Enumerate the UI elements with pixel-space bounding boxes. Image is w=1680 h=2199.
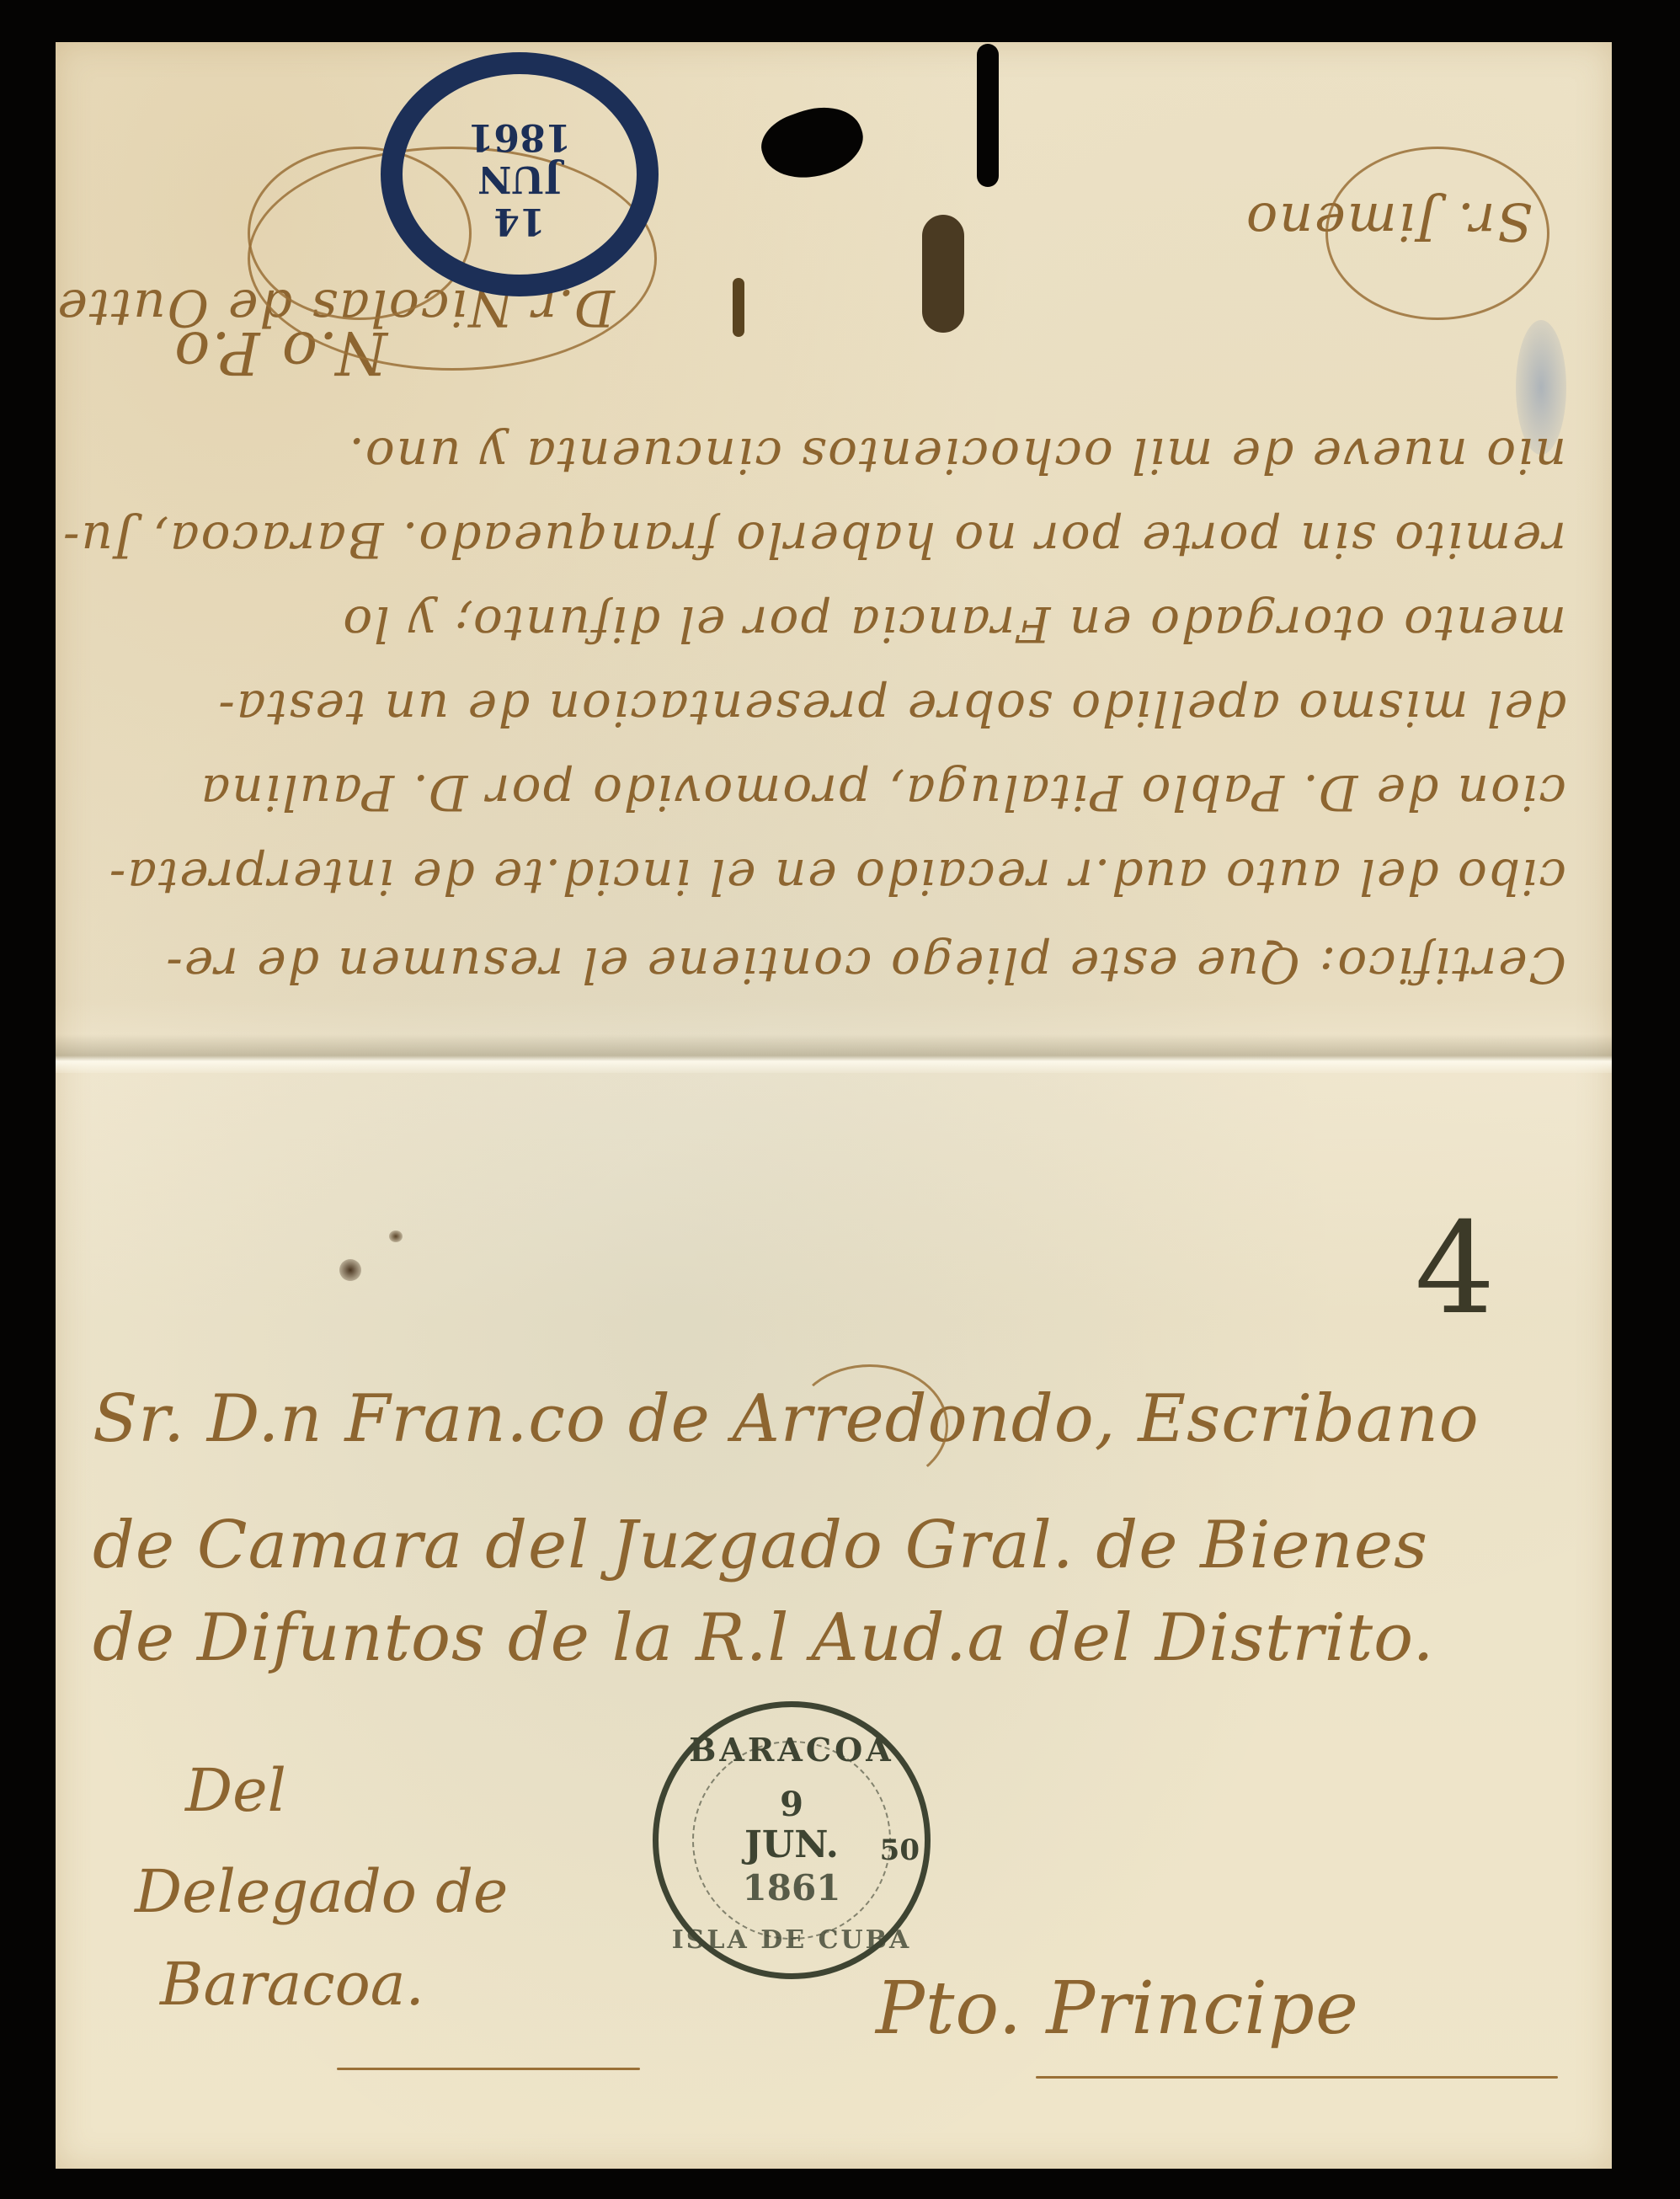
sender-underline bbox=[337, 2068, 640, 2070]
origin-postmark: BARACOA 9 JUN. 1861 50 ISLA DE CUBA bbox=[653, 1701, 931, 1979]
postmark-side-number: 50 bbox=[880, 1833, 920, 1867]
sender-line-2: Delegado de bbox=[135, 1857, 508, 1926]
inverted-line: nio nueve de mil ochocientos cincuenta y… bbox=[347, 427, 1566, 484]
destination-underline bbox=[1036, 2076, 1558, 2079]
arrival-postmark: 14 JUN 1861 bbox=[381, 52, 659, 296]
inverted-line: cion de D. Pablo Pitaluga, promovido por… bbox=[200, 764, 1566, 821]
address-line-1: Sr. D.n Fran.co de Arredondo, Escribano bbox=[93, 1381, 1480, 1457]
inverted-text-panel: Certifico: Que este pliego contiene el r… bbox=[84, 135, 1583, 1011]
inverted-line: cibo del auto aud.r recaido en el incid.… bbox=[108, 848, 1566, 905]
address-line-3: de Difuntos de la R.l Aud.a del Distrito… bbox=[93, 1600, 1434, 1676]
inverted-line: del mismo apellido sobre presentacion de… bbox=[216, 680, 1566, 737]
destination: Pto. Principe bbox=[876, 1967, 1359, 2051]
fold-crease bbox=[56, 1034, 1612, 1073]
address-flourish bbox=[792, 1364, 948, 1487]
inverted-line: Certifico: Que este pliego contiene el r… bbox=[164, 937, 1566, 994]
arrival-day: 14 bbox=[403, 200, 637, 243]
postmark-town: BARACOA bbox=[659, 1731, 925, 1769]
ink-stain bbox=[389, 1230, 403, 1242]
signature-flourish bbox=[1325, 147, 1549, 320]
postmark-day: 9 bbox=[659, 1785, 925, 1824]
inverted-line: remito sin porte por no haberlo franquea… bbox=[61, 511, 1566, 568]
postmark-year: 1861 bbox=[659, 1867, 925, 1908]
sender-line-1: Del bbox=[185, 1756, 286, 1825]
arrival-month: JUN bbox=[403, 157, 637, 200]
rate-marking: 4 bbox=[1415, 1196, 1495, 1342]
sender-line-3: Baracoa. bbox=[160, 1950, 424, 2019]
inverted-line: mento otorgado en Francia por el difunto… bbox=[341, 595, 1566, 653]
address-line-2: de Camara del Juzgado Gral. de Bienes bbox=[93, 1508, 1428, 1583]
ink-stain bbox=[339, 1259, 361, 1281]
postmark-country: ISLA DE CUBA bbox=[659, 1925, 925, 1955]
arrival-year: 1861 bbox=[403, 115, 637, 158]
